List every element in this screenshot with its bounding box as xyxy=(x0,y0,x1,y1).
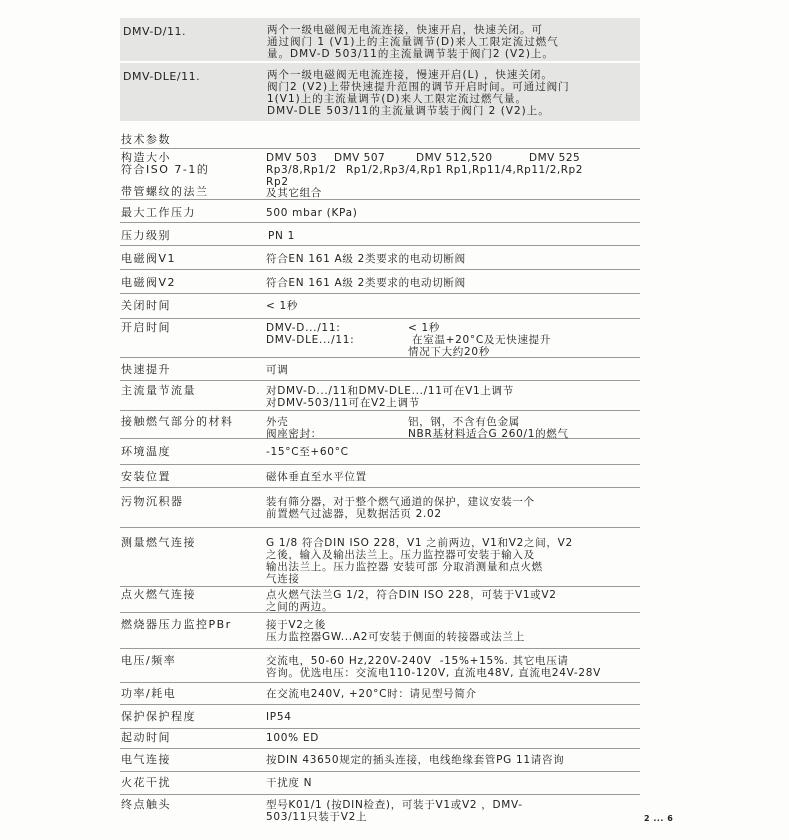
page-number: 2 ... 6 xyxy=(644,814,673,823)
spec-label: 关闭时间 xyxy=(121,300,171,312)
divider xyxy=(120,269,640,270)
spec-label: 电气连接 xyxy=(121,754,171,766)
spec-label: 火花干扰 xyxy=(121,777,171,789)
spec-value: 接于V2之後 压力监控器GW...A2可安装于侧面的转接器或法兰上 xyxy=(266,619,525,643)
spec-label: 功率/耗电 xyxy=(121,688,176,700)
spec-value: 型号K01/1 (按DIN检查)，可装于V1或V2 ，DMV- 503/11只装… xyxy=(266,799,523,823)
spec-value: 在交流电240V, +20°C时：请见型号简介 xyxy=(266,688,477,700)
spec-value: 磁体垂直至水平位置 xyxy=(266,471,367,483)
divider xyxy=(120,380,640,381)
spec-value: 点火燃气法兰G 1/2，符合DIN ISO 228，可装于V1或V2 之间的两边… xyxy=(266,589,557,613)
spec-value: IP54 xyxy=(266,711,292,723)
model-description: 两个一级电磁阀无电流连接，慢速开启(L) ，快速关闭。 阀门2 (V2)上带快速… xyxy=(267,69,570,117)
divider xyxy=(120,527,640,528)
spec-value: G 1/8 符合DIN ISO 228，V1 之前两边，V1和V2之间，V2 之… xyxy=(266,537,573,585)
spec-value: 符合EN 161 A级 2类要求的电动切断阀 xyxy=(266,277,466,289)
divider xyxy=(120,293,640,294)
divider xyxy=(120,318,640,319)
spec-label: 主流量节流量 xyxy=(121,385,196,397)
model-name: DMV-DLE/11. xyxy=(123,70,200,83)
spec-label: 电磁阀V2 xyxy=(121,277,176,289)
divider xyxy=(120,245,640,246)
spec-value: PN 1 xyxy=(268,230,295,242)
spec-label: 最大工作压力 xyxy=(121,207,196,219)
model-col: DMV 525 xyxy=(529,152,580,164)
spec-label: 燃烧器压力监控PBr xyxy=(121,619,232,631)
datasheet-page: DMV-D/11. 两个一级电磁阀无电流连接，快速开启，快速关闭。可 通过阀门 … xyxy=(0,0,789,840)
divider xyxy=(120,464,640,465)
spec-value: 交流电，50-60 Hz,220V-240V -15%+15%. 其它电压请 咨… xyxy=(266,655,601,679)
model-box-dmv-dle: DMV-DLE/11. 两个一级电磁阀无电流连接，慢速开启(L) ，快速关闭。 … xyxy=(120,63,640,121)
spec-value: 按DIN 43650规定的插头连接，电线绝缘套管PG 11请咨询 xyxy=(266,754,564,766)
model-description: 两个一级电磁阀无电流连接，快速开启，快速关闭。可 通过阀门 1 (V1)上的主流… xyxy=(267,24,559,60)
spec-value: 符合EN 161 A级 2类要求的电动切断阀 xyxy=(266,253,466,265)
spec-label: 环境温度 xyxy=(121,446,171,458)
spec-value-detail: 铝，钢，不含有色金属 NBR基材料适合G 260/1的燃气 xyxy=(408,416,569,440)
thread-col: Rp1/2,Rp3/4,Rp1 xyxy=(346,164,443,176)
spec-value: 装有筛分器，对于整个燃气通道的保护，建议安装一个 前置燃气过滤器，见数据活页 2… xyxy=(266,496,535,520)
model-col: DMV 507 xyxy=(334,152,385,164)
divider xyxy=(120,148,640,149)
spec-value: 对DMV-D.../11和DMV-DLE.../11可在V1上调节 对DMV-5… xyxy=(266,385,514,409)
spec-value-detail: < 1秒 在室温+20°C及无快速提升 情况下大约20秒 xyxy=(408,322,551,358)
spec-label: 符合ISO 7-1的 xyxy=(121,164,209,176)
spec-label: 安装位置 xyxy=(121,471,171,483)
model-box-dmv-d: DMV-D/11. 两个一级电磁阀无电流连接，快速开启，快速关闭。可 通过阀门 … xyxy=(120,18,640,61)
divider xyxy=(120,199,640,200)
spec-label: 电压/频率 xyxy=(121,655,176,667)
spec-label: 带管螺纹的法兰 xyxy=(121,186,209,198)
divider xyxy=(120,648,640,649)
spec-value: DMV-D.../11: DMV-DLE.../11: xyxy=(266,322,354,346)
thread-col: Rp3/8,Rp1/2 xyxy=(266,164,337,176)
spec-label: 污物沉积器 xyxy=(121,496,184,508)
spec-value: < 1秒 xyxy=(266,300,298,312)
spec-value: 100% ED xyxy=(266,732,319,744)
spec-value: 可调 xyxy=(266,364,288,376)
spec-value: 外壳 阀座密封： xyxy=(266,416,322,440)
divider xyxy=(120,794,640,795)
model-col: DMV 512,520 xyxy=(416,152,493,164)
spec-label: 测量燃气连接 xyxy=(121,537,196,549)
divider xyxy=(120,728,640,729)
spec-label: 起动时间 xyxy=(121,732,171,744)
section-title: 技术参数 xyxy=(121,131,171,147)
divider xyxy=(120,771,640,772)
divider xyxy=(120,410,640,411)
spec-label: 终点触头 xyxy=(121,799,171,811)
spec-label: 接触燃气部分的材料 xyxy=(121,416,234,428)
divider xyxy=(120,704,640,705)
thread-col: Rp1,Rp11/4,Rp11/2,Rp2 xyxy=(446,164,583,176)
spec-label: 电磁阀V1 xyxy=(121,253,176,265)
spec-label: 开启时间 xyxy=(121,322,171,334)
divider xyxy=(120,222,640,223)
spec-label: 快速提升 xyxy=(121,364,171,376)
divider xyxy=(120,487,640,488)
spec-value: 干扰度 N xyxy=(266,777,312,789)
spec-label: 保护保护程度 xyxy=(121,711,196,723)
divider xyxy=(120,682,640,683)
divider xyxy=(120,586,640,587)
spec-value: -15°C至+60°C xyxy=(266,446,349,458)
divider xyxy=(120,357,640,358)
spec-value: 500 mbar (KPa) xyxy=(266,207,358,219)
model-name: DMV-D/11. xyxy=(123,25,186,38)
spec-label: 点火燃气连接 xyxy=(121,589,196,601)
thread-combination: 及其它组合 xyxy=(266,187,322,199)
spec-label: 压力级别 xyxy=(121,230,171,242)
model-col: DMV 503 xyxy=(266,152,317,164)
divider xyxy=(120,748,640,749)
